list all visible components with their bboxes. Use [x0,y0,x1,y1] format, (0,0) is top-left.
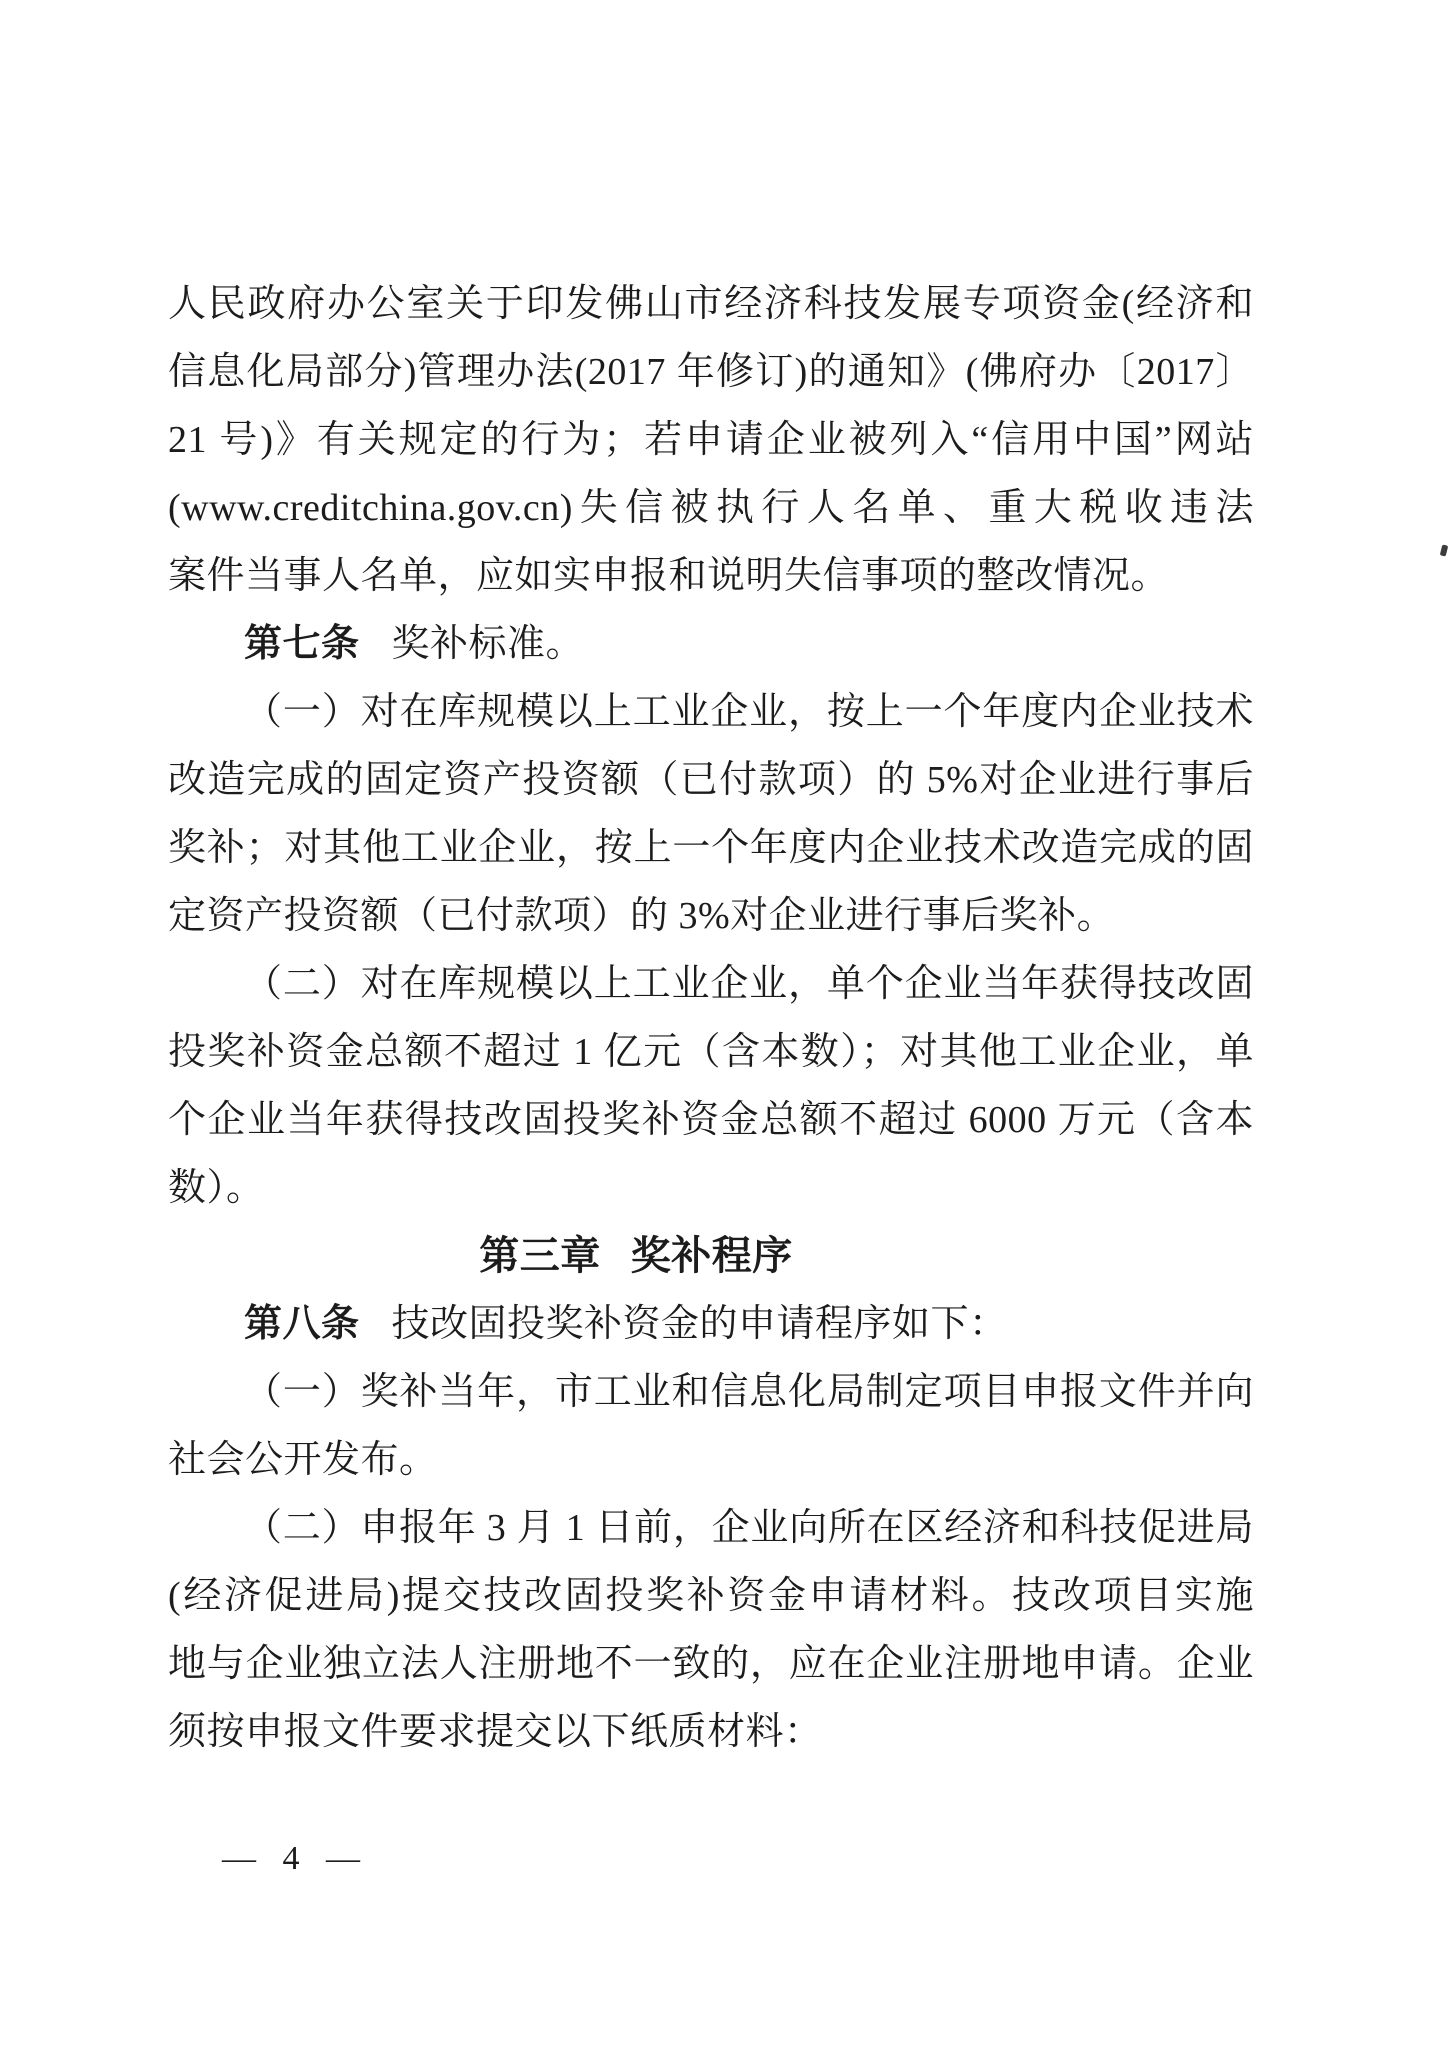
text-line: 21 号)》有关规定的行为；若申请企业被列入“信用中国”网站 [168,406,1254,474]
text-line: 须按申报文件要求提交以下纸质材料： [168,1698,1254,1766]
text-line: 定资产投资额（已付款项）的 3%对企业进行事后奖补。 [168,882,1254,950]
document-body: 人民政府办公室关于印发佛山市经济科技发展专项资金(经济和 信息化局部分)管理办法… [168,270,1254,1766]
text-line: 投奖补资金总额不超过 1 亿元（含本数）；对其他工业企业，单 [168,1018,1254,1086]
text-line: （一）奖补当年，市工业和信息化局制定项目申报文件并向 [168,1358,1254,1426]
chapter-title: 奖补程序 [631,1233,793,1278]
text-line: （一）对在库规模以上工业企业，按上一个年度内企业技术 [168,678,1254,746]
page-footer: — 4 — [222,1840,360,1878]
text-line: (www.creditchina.gov.cn)失信被执行人名单、重大税收违法 [168,474,1254,542]
text-line: 人民政府办公室关于印发佛山市经济科技发展专项资金(经济和 [168,270,1254,338]
page-number: — 4 — [222,1840,360,1877]
article-7-text: 奖补标准。 [392,623,585,665]
text-line: 数）。 [168,1154,1254,1222]
text-line: (经济促进局)提交技改固投奖补资金申请材料。技改项目实施 [168,1562,1254,1630]
article-7-term: 第七条 [244,623,360,665]
article-7-line: 第七条奖补标准。 [168,610,1254,678]
text-line: 改造完成的固定资产投资额（已付款项）的 5%对企业进行事后 [168,746,1254,814]
ink-speck [1440,544,1448,556]
text-line: 信息化局部分)管理办法(2017 年修订)的通知》(佛府办〔2017〕 [168,338,1254,406]
text-line: 社会公开发布。 [168,1426,1254,1494]
text-line: （二）申报年 3 月 1 日前，企业向所在区经济和科技促进局 [168,1494,1254,1562]
text-line: （二）对在库规模以上工业企业，单个企业当年获得技改固 [168,950,1254,1018]
chapter-number: 第三章 [479,1233,601,1278]
text-line: 地与企业独立法人注册地不一致的，应在企业注册地申请。企业 [168,1630,1254,1698]
article-8-text: 技改固投奖补资金的申请程序如下： [392,1303,1008,1345]
text-line: 个企业当年获得技改固投奖补资金总额不超过 6000 万元（含本 [168,1086,1254,1154]
text-line: 案件当事人名单，应如实申报和说明失信事项的整改情况。 [168,542,1254,610]
article-8-line: 第八条技改固投奖补资金的申请程序如下： [168,1290,1254,1358]
document-page: 人民政府办公室关于印发佛山市经济科技发展专项资金(经济和 信息化局部分)管理办法… [0,0,1448,2048]
chapter-3-heading: 第三章奖补程序 [168,1222,1254,1290]
text-line: 奖补；对其他工业企业，按上一个年度内企业技术改造完成的固 [168,814,1254,882]
article-8-term: 第八条 [244,1303,360,1345]
